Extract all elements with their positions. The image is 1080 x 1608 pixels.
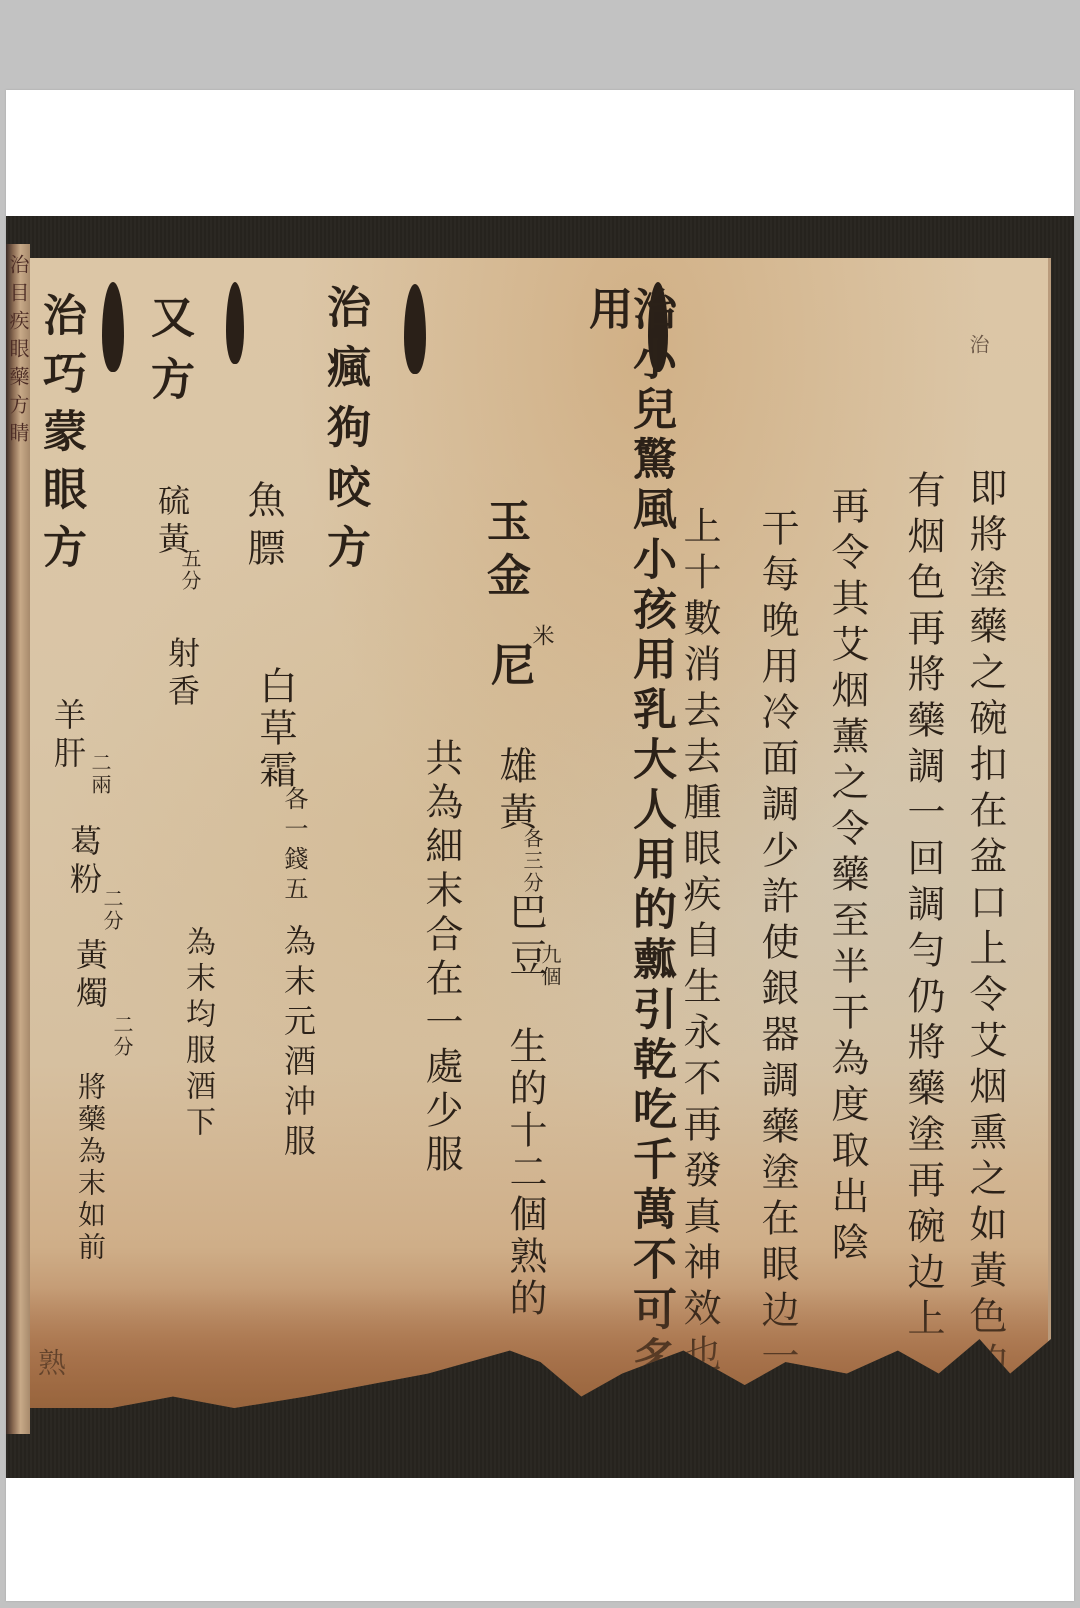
text-column-6-remedy-convulsion: 治小兒驚風小孩用乳大人用的䕯引乾吃千萬不可多用 bbox=[584, 286, 672, 1408]
section-mark bbox=[102, 282, 124, 372]
ingredient-liuhuang-dose: 五分 bbox=[180, 548, 200, 592]
ingredient-xionghuang: 雄黃 bbox=[496, 746, 534, 838]
text-column-15-fragment: 熟 bbox=[36, 1348, 64, 1382]
ingredient-huangzhu-dose: 二分 bbox=[112, 1014, 132, 1058]
ingredient-yujin: 玉金 bbox=[482, 498, 526, 606]
ingredient-ni: 尼 bbox=[486, 642, 530, 696]
text-column-8-instructions: 共為細末合在一處少服 bbox=[422, 738, 460, 1178]
section-mark bbox=[404, 284, 426, 374]
text-column-9-remedy-dogbite: 治瘋狗咬方 bbox=[322, 284, 366, 584]
text-column-1: 即將塗藥之碗扣在盆口上令艾烟熏之如黃色的 bbox=[966, 468, 1004, 1388]
page-panel: 治目疾眼藥方睛 治 即將塗藥之碗扣在盆口上令艾烟熏之如黃色的 有烟色再將藥調一回… bbox=[6, 90, 1074, 1601]
ingredient-gefen-dose: 二分 bbox=[102, 888, 122, 932]
text-column-12-instructions: 為末均服酒下 bbox=[182, 926, 212, 1142]
ingredient-yubiao: 魚膘 bbox=[244, 480, 282, 576]
manuscript-page: 治 即將塗藥之碗扣在盆口上令艾烟熏之如黃色的 有烟色再將藥調一回調勻仍將藥塗再碗… bbox=[30, 258, 1051, 1408]
ingredient-yanggan-dose: 二兩 bbox=[90, 752, 110, 796]
ingredient-baicaoshuang-dose: 各一錢五 bbox=[282, 786, 306, 906]
ingredient-shexiang: 射香 bbox=[166, 636, 198, 712]
ingredient-badou-dose: 九個 bbox=[540, 944, 560, 988]
text-column-3: 再令其艾烟薰之令藥至半干為度取出陰 bbox=[828, 486, 866, 1268]
spine-text: 治目疾眼藥方睛 bbox=[7, 254, 29, 450]
text-column-10-instructions: 為末元酒沖服 bbox=[282, 924, 314, 1164]
text-column-2: 有烟色再將藥調一回調勻仍將藥塗再碗边上 bbox=[904, 470, 942, 1344]
book-spine: 治目疾眼藥方睛 bbox=[6, 244, 30, 1434]
text-column-5: 上十數消去去腫眼疾自生永不再發真神效也 bbox=[680, 506, 718, 1380]
ingredient-baicaoshuang: 白草霜 bbox=[256, 666, 294, 792]
ingredient-badou-prep: 生的十二個熟的 bbox=[506, 1026, 544, 1320]
viewer-top-bar bbox=[0, 0, 1080, 90]
ingredient-gefen: 葛粉 bbox=[68, 824, 100, 900]
ingredient-xionghuang-dose: 各三分 bbox=[522, 828, 542, 894]
text-column-11-another-remedy: 又方 bbox=[146, 294, 190, 418]
margin-note: 治 bbox=[968, 334, 988, 356]
text-column-4: 干每晚用冷面調少許使銀器調藥塗在眼边一 bbox=[758, 508, 796, 1382]
ingredient-huangzhu: 黃燭 bbox=[74, 938, 106, 1014]
manuscript-scan: 治目疾眼藥方睛 治 即將塗藥之碗扣在盆口上令艾烟熏之如黃色的 有烟色再將藥調一回… bbox=[6, 216, 1074, 1478]
ingredient-yanggan: 羊肝 bbox=[52, 698, 84, 774]
text-column-14-instructions: 將藥為末如前 bbox=[76, 1072, 104, 1264]
section-mark bbox=[226, 282, 244, 364]
text-column-13-remedy-eye: 治巧蒙眼方 bbox=[38, 292, 82, 582]
